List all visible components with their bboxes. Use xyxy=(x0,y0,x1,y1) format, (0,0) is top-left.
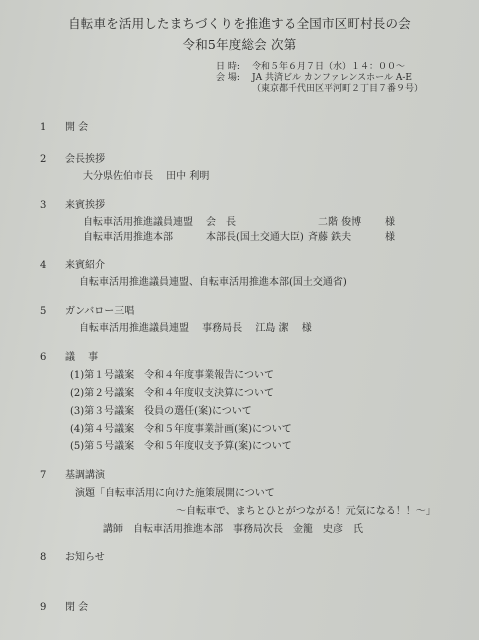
agenda-item-2: 2会長挨拶 xyxy=(40,150,105,165)
venue-label: 会 場: xyxy=(216,73,252,84)
agenda-item-3: 3来賓挨拶 xyxy=(40,196,105,211)
agenda-item-1: 1開 会 xyxy=(40,118,88,133)
agenda-item-7: 7基調講演 xyxy=(40,466,105,481)
lecture-title-line1: 演題「自転車活用に向けた施策展開について xyxy=(75,484,275,499)
date-row: 日 時:令和５年６月７日（水）１４：００～ xyxy=(216,62,423,73)
agenda-document: 自転車を活用したまちづくりを推進する全国市区町村長の会 令和5年度総会 次第 日… xyxy=(0,0,479,640)
venue-address: （東京都千代田区平河町２丁目７番９号） xyxy=(216,84,423,95)
guest-row: 自転車活用推進議員連盟 会 長 二階 俊博 様 xyxy=(0,213,479,227)
date-label: 日 時: xyxy=(216,62,252,73)
venue-value: JA 共済ビル カンファレンスホール A-E xyxy=(252,73,412,83)
date-value: 令和５年６月７日（水）１４：００～ xyxy=(252,62,405,72)
lecture-title-line2: ～自転車で、まちとひとがつながる！元気になる！！～」 xyxy=(176,502,436,517)
agenda-item-8: 8お知らせ xyxy=(40,548,105,563)
proposal-3: (3)第３号議案 役員の選任(案)について xyxy=(70,402,252,417)
venue-row: 会 場:JA 共済ビル カンファレンスホール A-E xyxy=(216,73,423,84)
document-title: 自転車を活用したまちづくりを推進する全国市区町村長の会 xyxy=(0,14,479,32)
lecturer-line: 講師 自転車活用推進本部 事務局次長 金籠 史彦 氏 xyxy=(103,520,363,535)
guest-row: 自転車活用推進本部 本部長(国土交通大臣) 斉藤 鉄夫 様 xyxy=(0,228,479,242)
agenda-item-5: 5ガンバロー三唱 xyxy=(40,302,134,317)
chairman-line: 大分県佐伯市長 田中 利明 xyxy=(83,167,209,182)
agenda-item-6: 6議 事 xyxy=(40,348,98,363)
proposal-2: (2)第２号議案 令和４年度収支決算について xyxy=(70,384,274,399)
event-meta: 日 時:令和５年６月７日（水）１４：００～ 会 場:JA 共済ビル カンファレン… xyxy=(216,62,423,95)
document-subtitle: 令和5年度総会 次第 xyxy=(0,35,479,53)
agenda-item-9: 9閉 会 xyxy=(40,598,88,613)
proposal-1: (1)第１号議案 令和４年度事業報告について xyxy=(70,366,274,381)
cheer-leader-line: 自転車活用推進議員連盟 事務局長 江島 潔 様 xyxy=(79,319,312,334)
proposal-4: (4)第４号議案 令和５年度事業計画(案)について xyxy=(70,420,292,435)
agenda-item-4: 4来賓紹介 xyxy=(40,256,105,271)
proposal-5: (5)第５号議案 令和５年度収支予算(案)について xyxy=(70,437,292,452)
guest-introduction-line: 自転車活用推進議員連盟、自転車活用推進本部(国土交通省) xyxy=(79,273,347,288)
